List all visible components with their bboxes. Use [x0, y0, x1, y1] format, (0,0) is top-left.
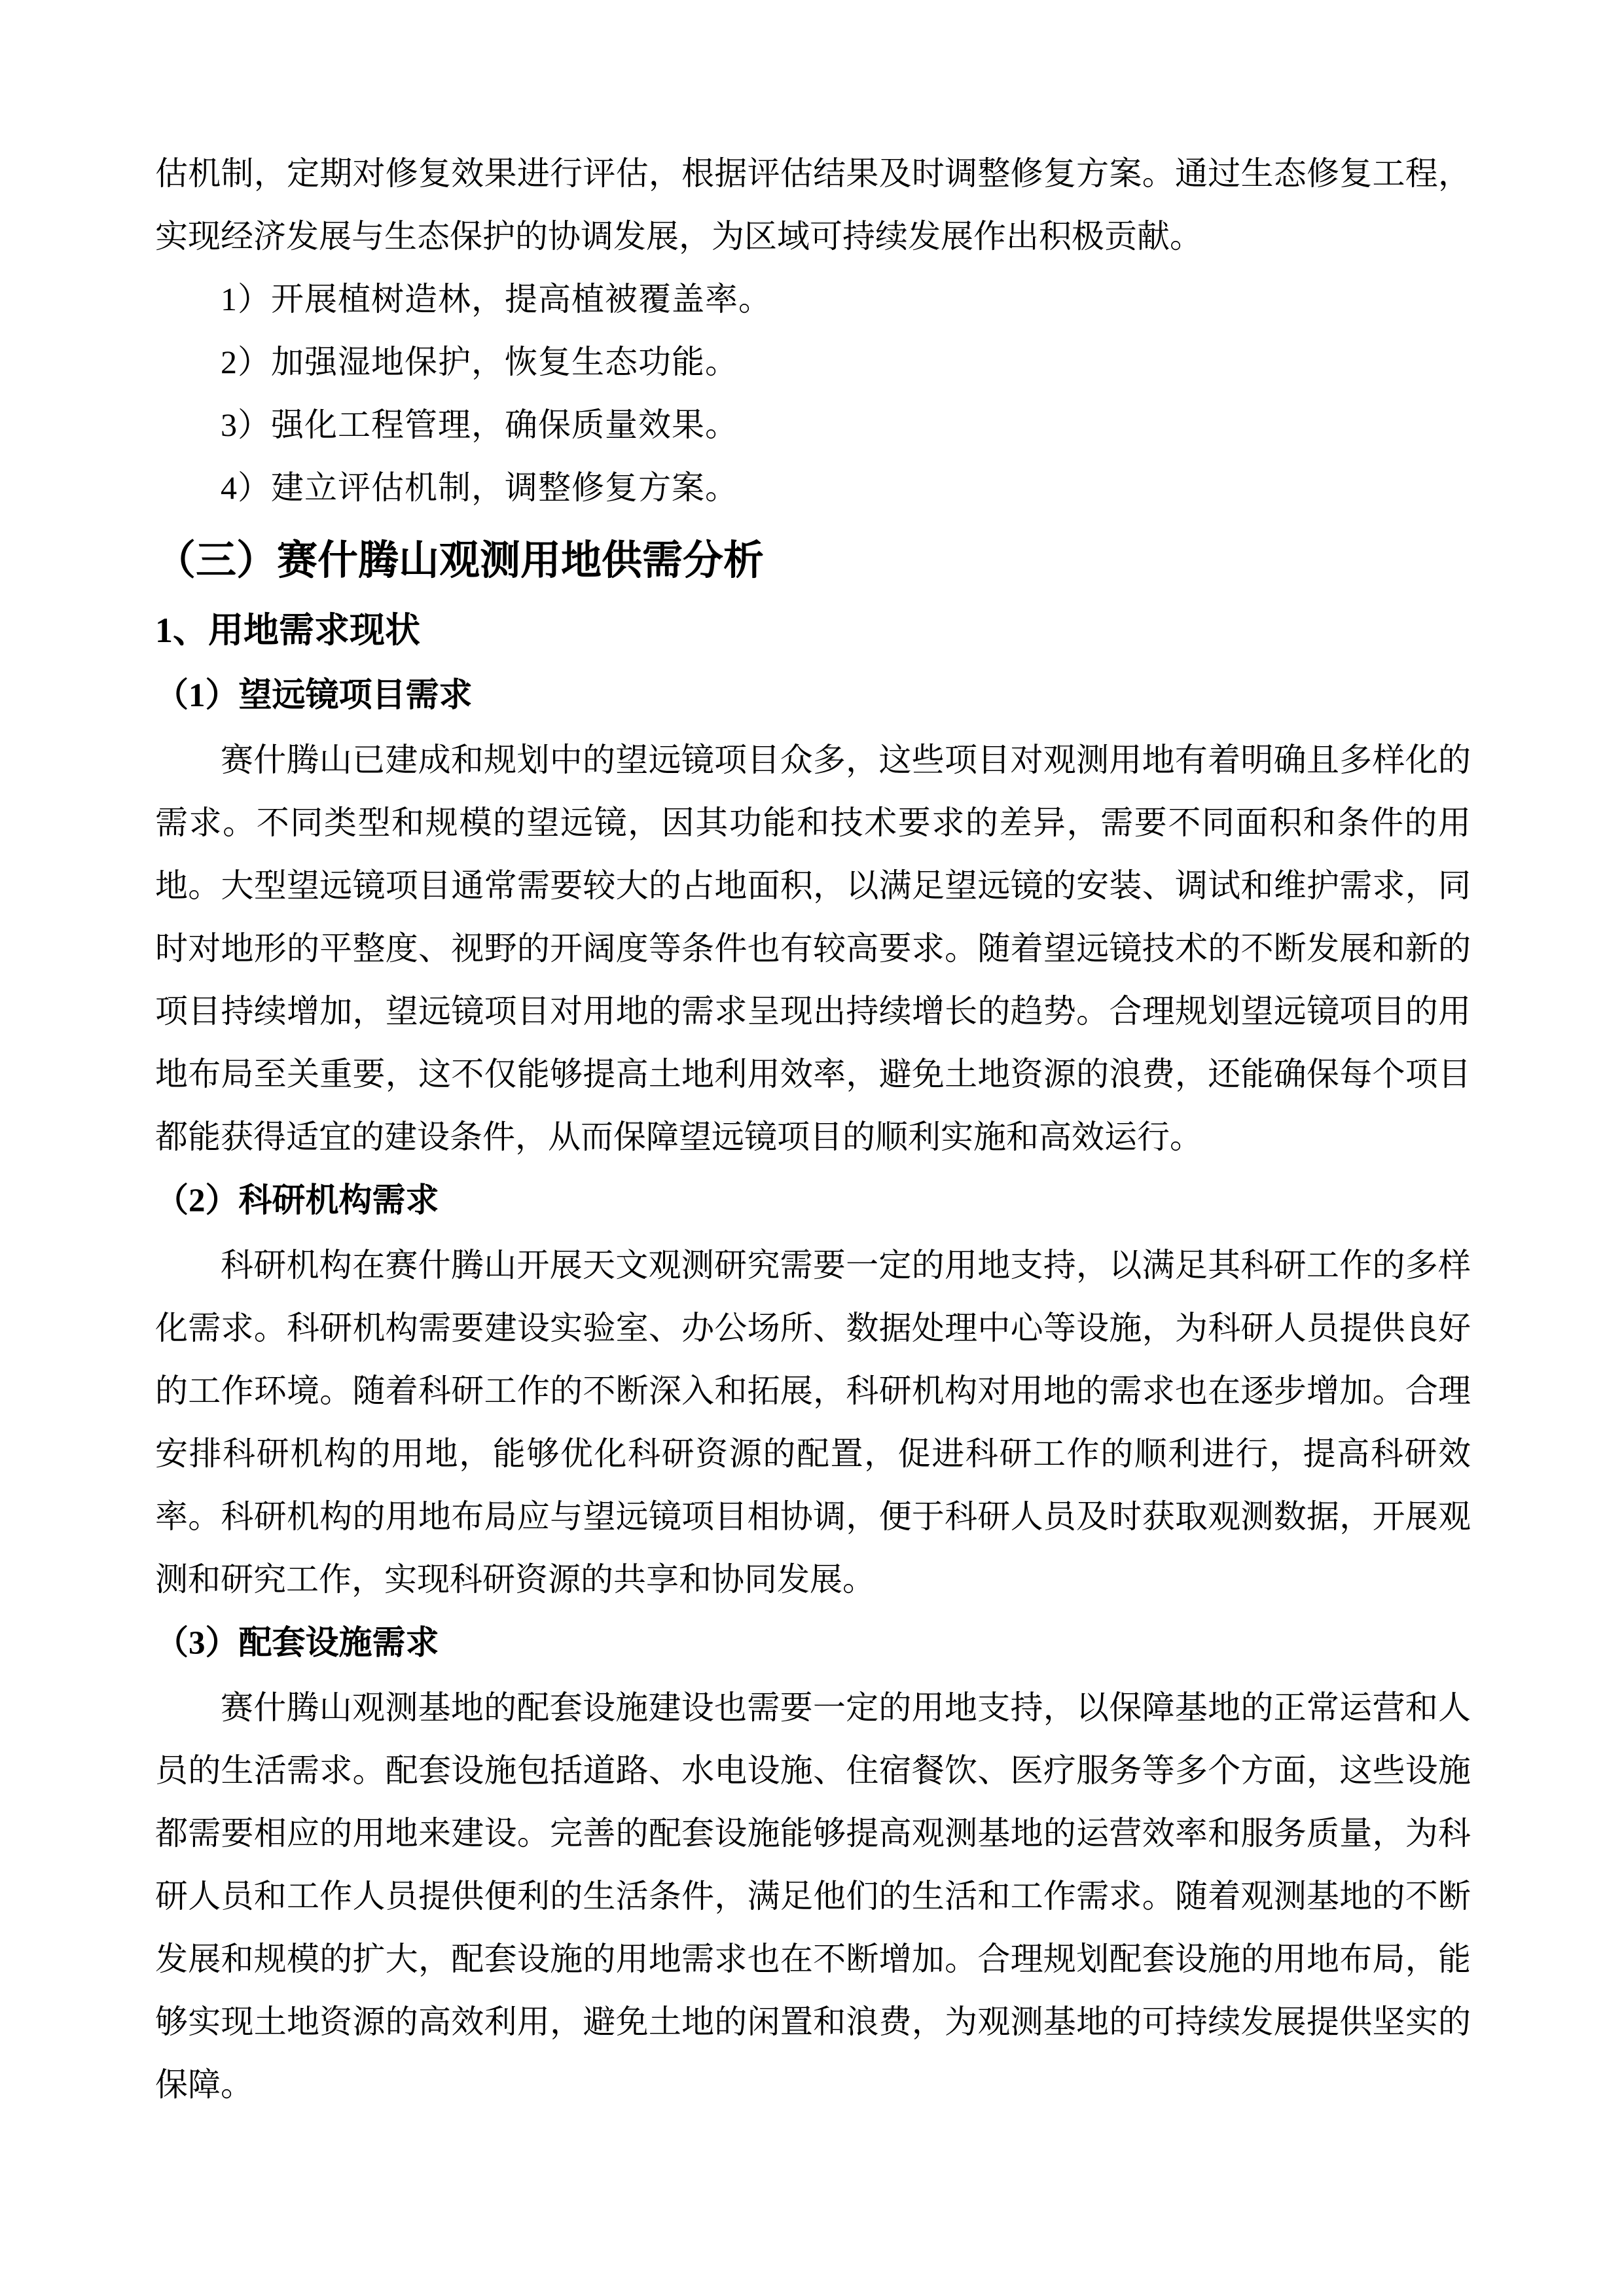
body-paragraph-telescope: 赛什腾山已建成和规划中的望远镜项目众多，这些项目对观测用地有着明确且多样化的需求… [155, 728, 1471, 1168]
page-body: 估机制，定期对修复效果进行评估，根据评估结果及时调整修复方案。通过生态修复工程，… [0, 0, 1624, 2296]
list-item: 4）建立评估机制，调整修复方案。 [155, 456, 1471, 519]
body-paragraph-research: 科研机构在赛什腾山开展天文观测研究需要一定的用地支持，以满足其科研工作的多样化需… [155, 1234, 1471, 1611]
paragraph-continued: 估机制，定期对修复效果进行评估，根据评估结果及时调整修复方案。通过生态修复工程，… [155, 142, 1471, 268]
section-heading: （三）赛什腾山观测用地供需分析 [155, 524, 1471, 598]
clause-heading-research: （2）科研机构需求 [155, 1168, 1471, 1234]
subsection-heading: 1、用地需求现状 [155, 598, 1471, 663]
list-item: 1）开展植树造林，提高植被覆盖率。 [155, 268, 1471, 331]
list-item: 2）加强湿地保护，恢复生态功能。 [155, 331, 1471, 393]
clause-heading-facilities: （3）配套设施需求 [155, 1611, 1471, 1676]
clause-heading-telescope: （1）望远镜项目需求 [155, 663, 1471, 728]
list-item: 3）强化工程管理，确保质量效果。 [155, 393, 1471, 456]
measures-list: 1）开展植树造林，提高植被覆盖率。 2）加强湿地保护，恢复生态功能。 3）强化工… [155, 268, 1471, 519]
body-paragraph-facilities: 赛什腾山观测基地的配套设施建设也需要一定的用地支持，以保障基地的正常运营和人员的… [155, 1676, 1471, 2116]
document-page: { "doc": { "intro_paragraph": "估机制，定期对修复… [0, 0, 1624, 2296]
